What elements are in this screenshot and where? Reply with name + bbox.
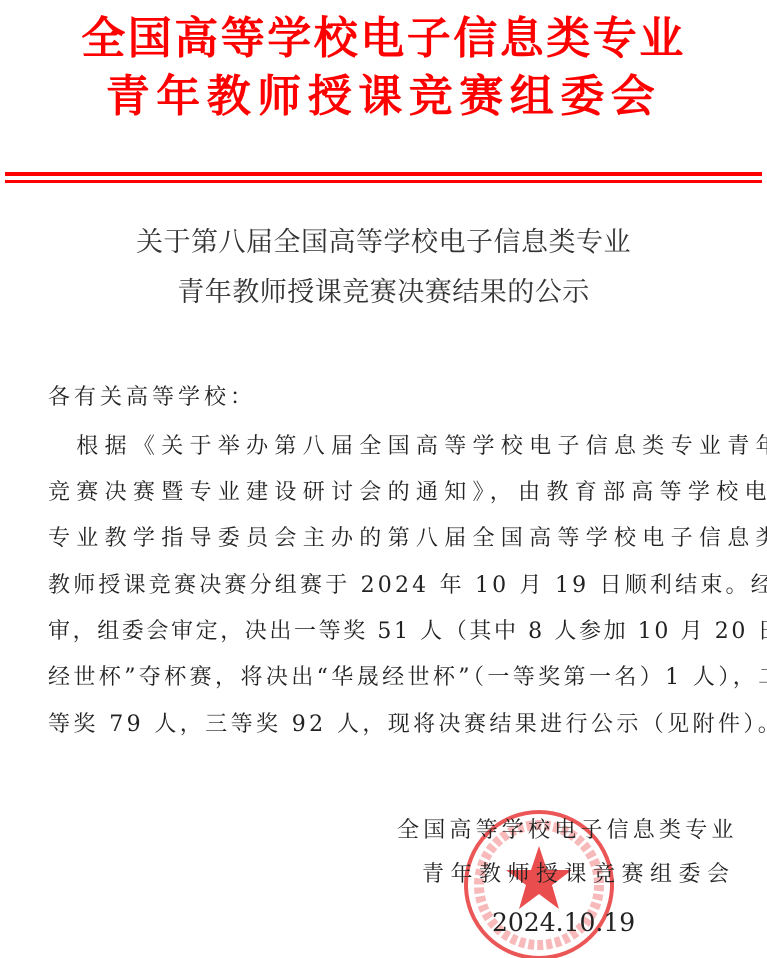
body-line: 专业教学指导委员会主办的第八届全国高等学校电子信息类专业青年 [48,521,767,552]
red-divider-thick [5,172,762,176]
body-line: 竞赛决赛暨专业建设研讨会的通知》，由教育部高等学校电子信息类 [48,475,767,506]
body-line: 根据《关于举办第八届全国高等学校电子信息类专业青年教师授课 [48,429,767,460]
notice-title-line-2: 青年教师授课竞赛决赛结果的公示 [0,275,767,311]
salutation: 各有关高等学校： [48,380,256,411]
red-divider-thin [5,180,762,183]
body-line: 经世杯”夺杯赛，将决出“华晟经世杯”（一等奖第一名）1 人），二 [48,660,767,691]
letterhead-line-1: 全国高等学校电子信息类专业 [0,12,767,66]
body-line: 审，组委会审定，决出一等奖 51 人（其中 8 人参加 10 月 20 日“华晟 [48,614,767,645]
body-line: 等奖 79 人，三等奖 92 人，现将决赛结果进行公示（见附件）。 [48,707,767,738]
body-line: 教师授课竞赛决赛分组赛于 2024 年 10 月 19 日顺利结束。经过现场评 [48,568,767,599]
signature-date: 2024.10.19 [492,908,635,937]
notice-title-line-1: 关于第八届全国高等学校电子信息类专业 [0,225,767,261]
signature-org-line-2: 青年教师授课竞赛组委会 [422,857,736,888]
signature-org-line-1: 全国高等学校电子信息类专业 [397,813,738,844]
letterhead-line-2: 青年教师授课竞赛组委会 [0,70,767,124]
